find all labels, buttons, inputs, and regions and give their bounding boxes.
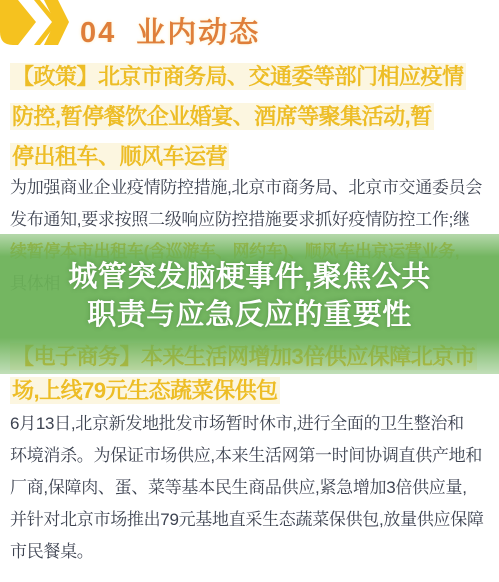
section-title: 04 业内动态 — [80, 10, 260, 51]
ecommerce-body-line: 环境消杀。为保证市场供应,本来生活网第一时间协调直供产地和 — [10, 440, 491, 472]
section-title-text: 业内动态 — [136, 10, 260, 51]
policy-heading-line: 【政策】北京市商务局、交通委等部门相应疫情 — [10, 57, 491, 97]
ecommerce-heading-line: 场,上线79元生态蔬菜保供包 — [10, 374, 491, 408]
policy-body-line: 为加强商业企业疫情防控措施,北京市商务局、北京市交通委员会 — [10, 172, 491, 204]
double-chevron-icon — [0, 0, 72, 48]
ecommerce-body-line: 市民餐桌。 — [10, 536, 491, 568]
ecommerce-paragraph: 6月13日,北京新发地批发市场暂时休市,进行全面的卫生整治和 环境消杀。为保证市… — [10, 408, 491, 568]
policy-heading-line: 防控,暂停餐饮企业婚宴、酒席等聚集活动,暂 — [10, 97, 491, 137]
policy-heading-line: 停出租车、顺风车运营 — [10, 137, 491, 177]
news-headline-line: 城管突发脑梗事件,聚焦公共 — [0, 258, 499, 296]
section-number: 04 — [80, 17, 116, 50]
ecommerce-body-line: 并针对北京市场推出79元基地直采生态蔬菜保供包,放量供应保障 — [10, 504, 491, 536]
ecommerce-body-line: 6月13日,北京新发地批发市场暂时休市,进行全面的卫生整治和 — [10, 408, 491, 440]
article-page: 04 业内动态 【政策】北京市商务局、交通委等部门相应疫情 防控,暂停餐饮企业婚… — [0, 0, 499, 582]
policy-heading: 【政策】北京市商务局、交通委等部门相应疫情 防控,暂停餐饮企业婚宴、酒席等聚集活… — [10, 57, 491, 177]
policy-body-line: 发布通知,要求按照二级响应防控措施要求抓好疫情防控工作;继 — [10, 204, 491, 236]
news-headline-line: 职责与应急反应的重要性 — [0, 296, 499, 334]
ecommerce-body-line: 厂商,保障肉、蛋、菜等基本民生商品供应,紧急增加3倍供应量, — [10, 472, 491, 504]
news-headline-banner: 城管突发脑梗事件,聚焦公共 职责与应急反应的重要性 — [0, 234, 499, 374]
